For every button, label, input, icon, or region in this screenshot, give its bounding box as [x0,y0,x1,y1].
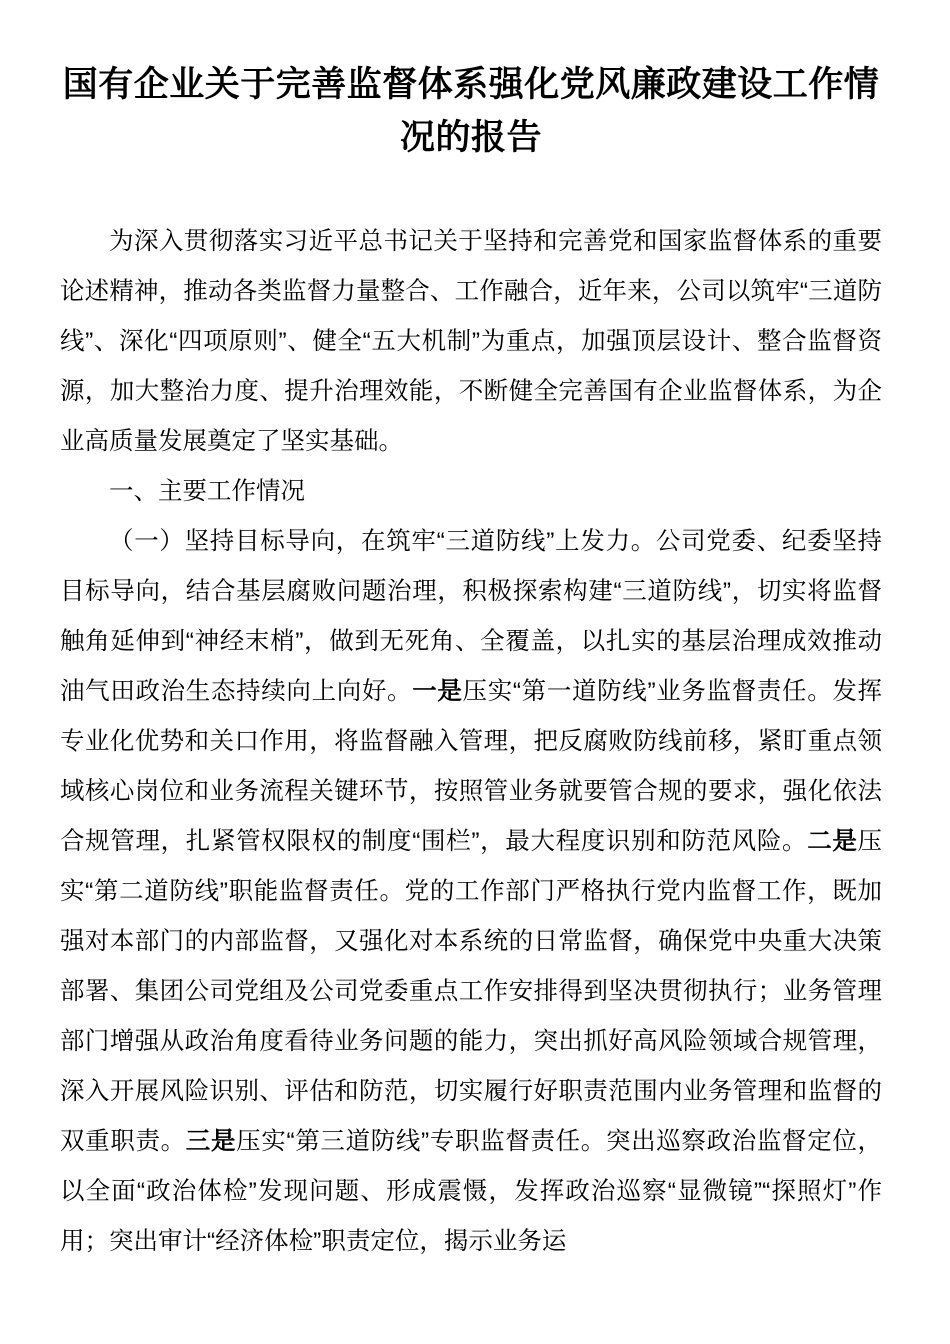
text-run-emphasis-first: 一是 [412,678,462,705]
text-run: 压实“第二道防线”职能监督责任。党的工作部门严格执行党内监督工作，既加强对本部门… [60,828,882,1155]
section1-paragraph: （一）坚持目标导向，在筑牢“三道防线”上发力。公司党委、纪委坚持目标导向，结合基… [60,517,882,1267]
intro-paragraph: 为深入贯彻落实习近平总书记关于坚持和完善党和国家监督体系的重要论述精神，推动各类… [60,217,882,467]
section-heading-main-work: 一、主要工作情况 [60,467,882,517]
text-run-emphasis-second: 二是 [807,828,857,855]
text-run-emphasis-third: 三是 [186,1128,236,1155]
document-page: 国有企业关于完善监督体系强化党风廉政建设工作情况的报告 为深入贯彻落实习近平总书… [0,0,950,1344]
document-title: 国有企业关于完善监督体系强化党风廉政建设工作情况的报告 [60,58,882,164]
